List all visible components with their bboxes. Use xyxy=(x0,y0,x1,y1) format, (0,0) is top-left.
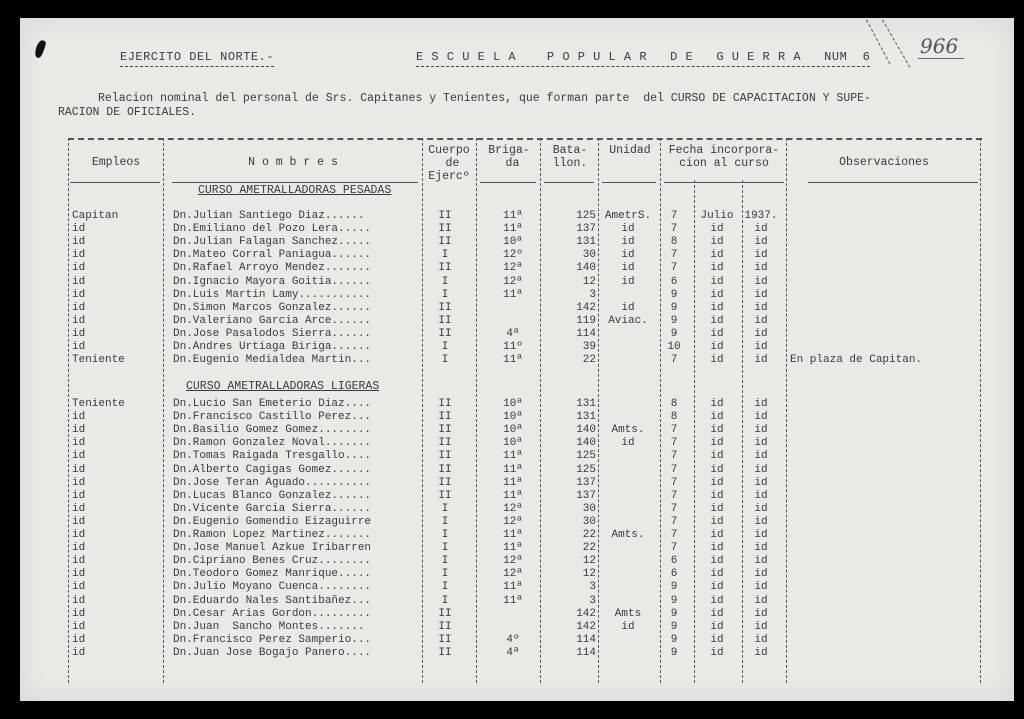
cell-cuerpo: I xyxy=(420,581,470,594)
intro-line-1: Relacion nominal del personal de Srs. Ca… xyxy=(98,92,871,106)
cell-rank: id xyxy=(72,437,152,450)
cell-year: id xyxy=(740,568,782,581)
cell-year: id xyxy=(740,477,782,490)
cell-day: 7 xyxy=(658,503,690,516)
cell-day: 7 xyxy=(658,437,690,450)
cell-batallon: 137 xyxy=(546,223,596,236)
cell-day: 7 xyxy=(658,542,690,555)
cell-rank: id xyxy=(72,464,152,477)
cell-year: id xyxy=(740,634,782,647)
cell-year: id xyxy=(740,398,782,411)
cell-month: id xyxy=(694,328,740,341)
cell-rank: id xyxy=(72,341,152,354)
cell-rank: id xyxy=(72,411,152,424)
cell-unidad: id xyxy=(598,302,658,315)
cell-rank: id xyxy=(72,490,152,503)
table-row: idDn.Ramon Lopez Martinez.......I11ª22Am… xyxy=(68,529,982,542)
cell-name: Dn.Eugenio Gomendio Eizaguirre xyxy=(173,516,413,529)
cell-cuerpo: II xyxy=(420,608,470,621)
cell-rank: id xyxy=(72,289,152,302)
cell-brigada: 12ª xyxy=(484,568,542,581)
header-school: E S C U E L A P O P U L A R D E G U E R … xyxy=(416,50,870,67)
cell-batallon: 137 xyxy=(546,477,596,490)
cell-month: id xyxy=(694,634,740,647)
cell-rank: id xyxy=(72,328,152,341)
cell-month: id xyxy=(694,621,740,634)
cell-rank: id xyxy=(72,450,152,463)
cell-rank: id xyxy=(72,581,152,594)
cell-name: Dn.Lucas Blanco Gonzalez...... xyxy=(173,490,413,503)
cell-year: id xyxy=(740,595,782,608)
cell-name: Dn.Rafael Arroyo Mendez....... xyxy=(173,262,413,275)
cell-brigada: 12ª xyxy=(484,516,542,529)
cell-batallon: 137 xyxy=(546,490,596,503)
cell-rank: id xyxy=(72,302,152,315)
cell-rank: id xyxy=(72,236,152,249)
cell-rank: id xyxy=(72,315,152,328)
table-row: idDn.Cesar Arias Gordon.........II142Amt… xyxy=(68,608,982,621)
table-row: idDn.Francisco Perez Samperio...II4º1149… xyxy=(68,634,982,647)
cell-rank: id xyxy=(72,647,152,660)
cell-day: 9 xyxy=(658,315,690,328)
cell-cuerpo: II xyxy=(420,315,470,328)
cell-rank: id xyxy=(72,608,152,621)
cell-day: 6 xyxy=(658,568,690,581)
cell-month: id xyxy=(694,608,740,621)
cell-year: id xyxy=(740,276,782,289)
cell-day: 9 xyxy=(658,328,690,341)
cell-brigada: 11ª xyxy=(484,490,542,503)
cell-batallon: 39 xyxy=(546,341,596,354)
cell-cuerpo: II xyxy=(420,398,470,411)
cell-rank: id xyxy=(72,503,152,516)
header-nombres: N o m b r e s xyxy=(168,156,418,169)
table-row: idDn.Rafael Arroyo Mendez.......II12ª140… xyxy=(68,262,982,275)
cell-rank: id xyxy=(72,516,152,529)
cell-year: id xyxy=(740,581,782,594)
cell-month: Julio xyxy=(694,210,740,223)
cell-month: id xyxy=(694,341,740,354)
table-row: idDn.Juan Jose Bogajo Panero....II4ª1149… xyxy=(68,647,982,660)
table-row: TenienteDn.Eugenio Medialdea Martin...I1… xyxy=(68,354,982,367)
cell-day: 7 xyxy=(658,223,690,236)
cell-rank: Capitan xyxy=(72,210,152,223)
cell-cuerpo: II xyxy=(420,621,470,634)
cell-day: 7 xyxy=(658,249,690,262)
intro-line-2: RACION DE OFICIALES. xyxy=(58,106,196,120)
cell-name: Dn.Ramon Lopez Martinez....... xyxy=(173,529,413,542)
cell-batallon: 114 xyxy=(546,647,596,660)
cell-name: Dn.Lucio San Emeterio Diaz.... xyxy=(173,398,413,411)
cell-day: 7 xyxy=(658,490,690,503)
table-row: idDn.Jose Manuel Azkue IribarrenI11ª227i… xyxy=(68,542,982,555)
table-row: idDn.Emiliano del Pozo Lera.....II11ª137… xyxy=(68,223,982,236)
table-row: idDn.Eugenio Gomendio EizaguirreI12ª307i… xyxy=(68,516,982,529)
cell-cuerpo: I xyxy=(420,354,470,367)
cell-batallon: 131 xyxy=(546,236,596,249)
cell-cuerpo: I xyxy=(420,341,470,354)
cell-brigada: 12ª xyxy=(484,276,542,289)
cell-name: Dn.Simon Marcos Gonzalez...... xyxy=(173,302,413,315)
cell-brigada: 4ª xyxy=(484,328,542,341)
cell-batallon: 114 xyxy=(546,328,596,341)
cell-batallon: 30 xyxy=(546,249,596,262)
cell-month: id xyxy=(694,450,740,463)
cell-name: Dn.Luis Martin Lamy........... xyxy=(173,289,413,302)
table-row: idDn.Juan Sancho Montes.......II142id9id… xyxy=(68,621,982,634)
cell-rank: id xyxy=(72,249,152,262)
cell-batallon: 12 xyxy=(546,276,596,289)
cell-batallon: 12 xyxy=(546,555,596,568)
cell-year: id xyxy=(740,424,782,437)
cell-brigada: 11ª xyxy=(484,581,542,594)
cell-rank: id xyxy=(72,568,152,581)
cell-day: 9 xyxy=(658,608,690,621)
cell-day: 9 xyxy=(658,634,690,647)
cell-name: Dn.Vicente Garcia Sierra...... xyxy=(173,503,413,516)
cell-brigada: 10ª xyxy=(484,424,542,437)
cell-year: id xyxy=(740,236,782,249)
cell-name: Dn.Cipriano Benes Cruz........ xyxy=(173,555,413,568)
cell-year: id xyxy=(740,302,782,315)
cell-brigada: 11ª xyxy=(484,464,542,477)
cell-batallon: 30 xyxy=(546,516,596,529)
cell-month: id xyxy=(694,302,740,315)
cell-brigada: 12ª xyxy=(484,503,542,516)
cell-year: id xyxy=(740,249,782,262)
table-row: idDn.Basilio Gomez Gomez........II10ª140… xyxy=(68,424,982,437)
header-unidad: Unidad xyxy=(600,144,660,157)
cell-month: id xyxy=(694,289,740,302)
table-row: idDn.Francisco Castillo Perez...II10ª131… xyxy=(68,411,982,424)
cell-brigada: 11º xyxy=(484,341,542,354)
cell-year: id xyxy=(740,354,782,367)
table-row: idDn.Alberto Cagigas Gomez......II11ª125… xyxy=(68,464,982,477)
cell-name: Dn.Eugenio Medialdea Martin... xyxy=(173,354,413,367)
cell-year: id xyxy=(740,516,782,529)
header-cuerpo: Cuerpo de Ejercº xyxy=(422,144,476,183)
cell-name: Dn.Ramon Gonzalez Noval....... xyxy=(173,437,413,450)
header-army: EJERCITO DEL NORTE.- xyxy=(120,50,274,67)
section-title-pesadas: CURSO AMETRALLADORAS PESADAS xyxy=(198,184,391,197)
cell-month: id xyxy=(694,477,740,490)
cell-year: id xyxy=(740,437,782,450)
cell-cuerpo: II xyxy=(420,464,470,477)
cell-year: id xyxy=(740,555,782,568)
cell-batallon: 142 xyxy=(546,302,596,315)
cell-rank: Teniente xyxy=(72,398,152,411)
table-row: idDn.Julian Falagan Sanchez.....II10ª131… xyxy=(68,236,982,249)
cell-day: 10 xyxy=(658,341,690,354)
cell-cuerpo: I xyxy=(420,529,470,542)
cell-batallon: 3 xyxy=(546,595,596,608)
cell-unidad: Amts. xyxy=(598,529,658,542)
cell-name: Dn.Juan Sancho Montes....... xyxy=(173,621,413,634)
cell-cuerpo: I xyxy=(420,276,470,289)
cell-month: id xyxy=(694,315,740,328)
table-row: idDn.Cipriano Benes Cruz........I12ª126i… xyxy=(68,555,982,568)
cell-month: id xyxy=(694,249,740,262)
cell-year: id xyxy=(740,411,782,424)
cell-day: 7 xyxy=(658,210,690,223)
cell-year: 1937. xyxy=(740,210,782,223)
cell-day: 6 xyxy=(658,276,690,289)
header-rule xyxy=(544,182,594,183)
cell-month: id xyxy=(694,223,740,236)
cell-day: 6 xyxy=(658,555,690,568)
table-row: idDn.Vicente Garcia Sierra......I12ª307i… xyxy=(68,503,982,516)
cell-rank: id xyxy=(72,223,152,236)
cell-batallon: 119 xyxy=(546,315,596,328)
cell-rank: id xyxy=(72,529,152,542)
cell-name: Dn.Mateo Corral Paniagua...... xyxy=(173,249,413,262)
cell-brigada: 11ª xyxy=(484,210,542,223)
cell-year: id xyxy=(740,490,782,503)
cell-month: id xyxy=(694,581,740,594)
cell-cuerpo: II xyxy=(420,647,470,660)
header-rule xyxy=(602,182,656,183)
cell-month: id xyxy=(694,262,740,275)
cell-name: Dn.Ignacio Mayora Goitia...... xyxy=(173,276,413,289)
cell-name: Dn.Jose Manuel Azkue Iribarren xyxy=(173,542,413,555)
header-empleos: Empleos xyxy=(70,156,162,169)
cell-year: id xyxy=(740,503,782,516)
cell-brigada: 11ª xyxy=(484,450,542,463)
cell-day: 7 xyxy=(658,354,690,367)
table-row: idDn.Simon Marcos Gonzalez......II142id9… xyxy=(68,302,982,315)
header-batallon: Bata- llon. xyxy=(542,144,598,170)
cell-month: id xyxy=(694,516,740,529)
personnel-table: Empleos N o m b r e s Cuerpo de Ejercº B… xyxy=(68,138,982,683)
cell-month: id xyxy=(694,529,740,542)
cell-name: Dn.Juan Jose Bogajo Panero.... xyxy=(173,647,413,660)
cell-brigada: 11ª xyxy=(484,289,542,302)
cell-year: id xyxy=(740,315,782,328)
cell-day: 9 xyxy=(658,302,690,315)
cell-cuerpo: II xyxy=(420,236,470,249)
cell-name: Dn.Andres Urtiaga Biriga...... xyxy=(173,341,413,354)
cell-batallon: 22 xyxy=(546,354,596,367)
cell-brigada: 4º xyxy=(484,634,542,647)
cell-cuerpo: II xyxy=(420,328,470,341)
cell-batallon: 131 xyxy=(546,398,596,411)
cell-day: 9 xyxy=(658,581,690,594)
cell-batallon: 3 xyxy=(546,581,596,594)
cell-rank: id xyxy=(72,634,152,647)
cell-unidad: AmetrS. xyxy=(598,210,658,223)
cell-month: id xyxy=(694,276,740,289)
cell-day: 9 xyxy=(658,621,690,634)
cell-name: Dn.Valeriano Garcia Arce...... xyxy=(173,315,413,328)
handwritten-folio-number: 966 xyxy=(918,34,964,59)
cell-batallon: 140 xyxy=(546,424,596,437)
cell-month: id xyxy=(694,595,740,608)
cell-day: 7 xyxy=(658,464,690,477)
cell-batallon: 125 xyxy=(546,450,596,463)
cell-name: Dn.Alberto Cagigas Gomez...... xyxy=(173,464,413,477)
cell-cuerpo: II xyxy=(420,262,470,275)
cell-rank: id xyxy=(72,477,152,490)
cell-brigada: 4ª xyxy=(484,647,542,660)
header-observaciones: Observaciones xyxy=(788,156,980,169)
cell-cuerpo: II xyxy=(420,210,470,223)
table-row: idDn.Mateo Corral Paniagua......I12º30id… xyxy=(68,249,982,262)
cell-month: id xyxy=(694,647,740,660)
cell-cuerpo: II xyxy=(420,490,470,503)
cell-unidad: id xyxy=(598,223,658,236)
cell-year: id xyxy=(740,223,782,236)
cell-month: id xyxy=(694,236,740,249)
header-brigada: Briga- da xyxy=(478,144,540,170)
cell-day: 7 xyxy=(658,477,690,490)
cell-day: 7 xyxy=(658,450,690,463)
cell-batallon: 125 xyxy=(546,210,596,223)
cell-batallon: 140 xyxy=(546,262,596,275)
table-row: idDn.Jose Teran Aguado..........II11ª137… xyxy=(68,477,982,490)
cell-batallon: 140 xyxy=(546,437,596,450)
cell-year: id xyxy=(740,542,782,555)
cell-name: Dn.Cesar Arias Gordon......... xyxy=(173,608,413,621)
cell-day: 7 xyxy=(658,516,690,529)
table-row: idDn.Andres Urtiaga Biriga......I11º3910… xyxy=(68,341,982,354)
cell-name: Dn.Tomas Raigada Tresgallo.... xyxy=(173,450,413,463)
cell-batallon: 142 xyxy=(546,608,596,621)
cell-brigada: 12ª xyxy=(484,555,542,568)
cell-unidad: Amts xyxy=(598,608,658,621)
table-row: idDn.Lucas Blanco Gonzalez......II11ª137… xyxy=(68,490,982,503)
cell-year: id xyxy=(740,262,782,275)
cell-name: Dn.Julio Moyano Cuenca........ xyxy=(173,581,413,594)
cell-day: 7 xyxy=(658,529,690,542)
cell-cuerpo: I xyxy=(420,568,470,581)
cell-month: id xyxy=(694,568,740,581)
cell-year: id xyxy=(740,621,782,634)
cell-name: Dn.Jose Teran Aguado.......... xyxy=(173,477,413,490)
table-row: idDn.Ramon Gonzalez Noval.......II10ª140… xyxy=(68,437,982,450)
cell-batallon: 12 xyxy=(546,568,596,581)
cell-brigada: 11ª xyxy=(484,223,542,236)
cell-batallon: 22 xyxy=(546,529,596,542)
cell-day: 9 xyxy=(658,289,690,302)
cell-day: 8 xyxy=(658,236,690,249)
cell-batallon: 22 xyxy=(546,542,596,555)
cell-batallon: 3 xyxy=(546,289,596,302)
cell-cuerpo: II xyxy=(420,411,470,424)
cell-day: 7 xyxy=(658,424,690,437)
cell-batallon: 30 xyxy=(546,503,596,516)
table-row: idDn.Teodoro Gomez Manrique.....I12ª126i… xyxy=(68,568,982,581)
cell-year: id xyxy=(740,647,782,660)
cell-brigada: 11ª xyxy=(484,354,542,367)
table-row: TenienteDn.Lucio San Emeterio Diaz....II… xyxy=(68,398,982,411)
cell-unidad: Amts. xyxy=(598,424,658,437)
cell-day: 7 xyxy=(658,262,690,275)
cell-brigada: 11ª xyxy=(484,542,542,555)
cell-unidad: id xyxy=(598,276,658,289)
cell-batallon: 142 xyxy=(546,621,596,634)
cell-name: Dn.Teodoro Gomez Manrique..... xyxy=(173,568,413,581)
table-row: idDn.Ignacio Mayora Goitia......I12ª12id… xyxy=(68,276,982,289)
cell-rank: id xyxy=(72,262,152,275)
cell-brigada: 10ª xyxy=(484,236,542,249)
cell-name: Dn.Francisco Perez Samperio... xyxy=(173,634,413,647)
table-row: idDn.Luis Martin Lamy...........I11ª39id… xyxy=(68,289,982,302)
cell-month: id xyxy=(694,354,740,367)
table-row: CapitanDn.Julian Santiego Diaz......II11… xyxy=(68,210,982,223)
table-row: idDn.Eduardo Nales Santibañez...I11ª39id… xyxy=(68,595,982,608)
cell-name: Dn.Francisco Castillo Perez... xyxy=(173,411,413,424)
header-rule xyxy=(172,182,418,183)
cell-day: 9 xyxy=(658,595,690,608)
cell-name: Dn.Emiliano del Pozo Lera..... xyxy=(173,223,413,236)
cell-day: 8 xyxy=(658,398,690,411)
cell-brigada: 11ª xyxy=(484,477,542,490)
cell-unidad: id xyxy=(598,621,658,634)
cell-month: id xyxy=(694,555,740,568)
cell-cuerpo: II xyxy=(420,450,470,463)
cell-month: id xyxy=(694,542,740,555)
cell-name: Dn.Eduardo Nales Santibañez... xyxy=(173,595,413,608)
cell-observaciones: En plaza de Capitan. xyxy=(790,354,980,367)
cell-cuerpo: II xyxy=(420,424,470,437)
header-rule xyxy=(664,182,784,183)
cell-cuerpo: I xyxy=(420,595,470,608)
table-row: idDn.Valeriano Garcia Arce......II119Avi… xyxy=(68,315,982,328)
header-rule xyxy=(808,182,978,183)
cell-rank: id xyxy=(72,595,152,608)
header-rule xyxy=(70,182,160,183)
header-fecha: Fecha incorpora- cion al curso xyxy=(662,144,786,170)
cell-year: id xyxy=(740,608,782,621)
cell-month: id xyxy=(694,503,740,516)
header-rule xyxy=(480,182,536,183)
cell-batallon: 125 xyxy=(546,464,596,477)
cell-cuerpo: II xyxy=(420,223,470,236)
cell-rank: id xyxy=(72,542,152,555)
cell-rank: id xyxy=(72,424,152,437)
cell-cuerpo: I xyxy=(420,249,470,262)
cell-rank: id xyxy=(72,621,152,634)
cell-cuerpo: I xyxy=(420,555,470,568)
cell-unidad: id xyxy=(598,249,658,262)
section-title-ligeras: CURSO AMETRALLADORAS LIGERAS xyxy=(186,380,379,393)
cell-brigada: 11ª xyxy=(484,595,542,608)
cell-unidad: id xyxy=(598,262,658,275)
cell-cuerpo: II xyxy=(420,302,470,315)
cell-cuerpo: II xyxy=(420,477,470,490)
cell-unidad: Aviac. xyxy=(598,315,658,328)
cell-brigada: 12ª xyxy=(484,262,542,275)
cell-name: Dn.Jose Pasalodos Sierra...... xyxy=(173,328,413,341)
cell-month: id xyxy=(694,411,740,424)
cell-brigada: 10ª xyxy=(484,437,542,450)
cell-month: id xyxy=(694,464,740,477)
cell-unidad: id xyxy=(598,236,658,249)
cell-brigada: 11ª xyxy=(484,529,542,542)
cell-rank: id xyxy=(72,555,152,568)
cell-name: Dn.Julian Santiego Diaz...... xyxy=(173,210,413,223)
cell-day: 8 xyxy=(658,411,690,424)
table-top-border xyxy=(68,138,982,140)
cell-rank: Teniente xyxy=(72,354,152,367)
cell-batallon: 114 xyxy=(546,634,596,647)
cell-cuerpo: I xyxy=(420,516,470,529)
cell-month: id xyxy=(694,437,740,450)
cell-cuerpo: II xyxy=(420,634,470,647)
cell-brigada: 10ª xyxy=(484,411,542,424)
cell-name: Dn.Julian Falagan Sanchez..... xyxy=(173,236,413,249)
cell-year: id xyxy=(740,341,782,354)
